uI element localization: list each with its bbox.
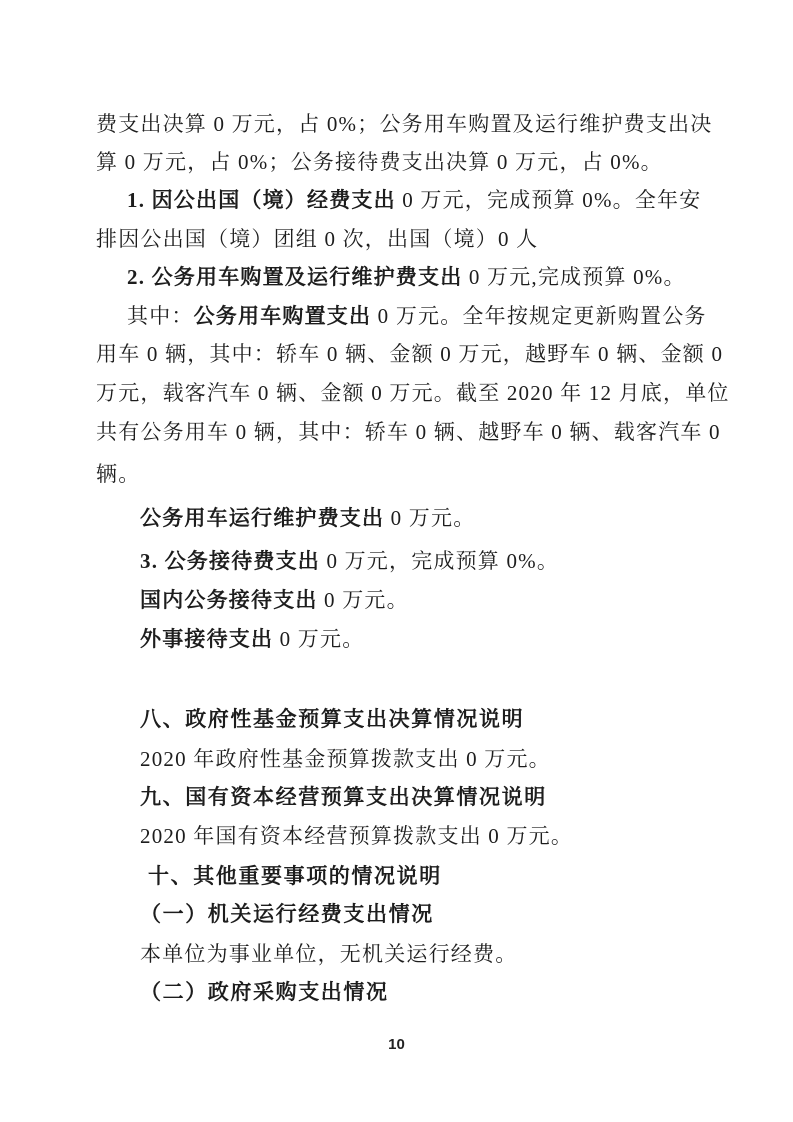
text-segment: （二）政府采购支出情况: [140, 981, 389, 1004]
text-line: 公务用车运行维护费支出 0 万元。: [140, 506, 475, 530]
text-line: 本单位为事业单位，无机关运行经费。: [140, 942, 517, 966]
text-line: 2020 年国有资本经营预算拨款支出 0 万元。: [140, 824, 573, 848]
text-segment: 国内公务接待支出: [140, 588, 318, 612]
text-segment: 九、国有资本经营预算支出决算情况说明: [140, 786, 547, 809]
text-segment: 其中：: [127, 304, 194, 328]
text-line: 2020 年政府性基金预算拨款支出 0 万元。: [140, 747, 551, 771]
text-line: 国内公务接待支出 0 万元。: [140, 588, 409, 612]
text-segment: 2. 公务用车购置及运行维护费支出: [127, 265, 462, 289]
text-segment: 辆。: [96, 462, 140, 486]
text-segment: 外事接待支出: [140, 627, 273, 651]
text-line: 3. 公务接待费支出 0 万元，完成预算 0%。: [140, 549, 559, 573]
text-segment: 0 万元。: [318, 588, 409, 612]
text-segment: 用车 0 辆，其中：轿车 0 辆、金额 0 万元，越野车 0 辆、金额 0: [96, 342, 723, 366]
text-segment: 0 万元。: [273, 627, 364, 651]
text-line: 其中：公务用车购置支出 0 万元。全年按规定更新购置公务: [127, 304, 707, 328]
text-segment: 本单位为事业单位，无机关运行经费。: [140, 942, 517, 966]
text-segment: （一）机关运行经费支出情况: [140, 903, 434, 926]
text-line: 排因公出国（境）团组 0 次，出国（境）0 人: [96, 227, 538, 251]
text-segment: 费支出决算 0 万元，占 0%；公务用车购置及运行维护费支出决: [96, 112, 712, 136]
text-line: 用车 0 辆，其中：轿车 0 辆、金额 0 万元，越野车 0 辆、金额 0: [96, 342, 723, 366]
text-segment: 排因公出国（境）团组 0 次，出国（境）0 人: [96, 227, 538, 251]
text-line: 2. 公务用车购置及运行维护费支出 0 万元,完成预算 0%。: [127, 265, 686, 289]
text-line: 十、其他重要事项的情况说明: [148, 865, 442, 889]
text-line: （一）机关运行经费支出情况: [140, 903, 434, 927]
text-segment: 八、政府性基金预算支出决算情况说明: [140, 708, 524, 731]
text-line: 费支出决算 0 万元，占 0%；公务用车购置及运行维护费支出决: [96, 112, 712, 136]
text-segment: 1. 因公出国（境）经费支出: [127, 188, 396, 212]
text-line: 八、政府性基金预算支出决算情况说明: [140, 708, 524, 732]
text-line: 万元，载客汽车 0 辆、金额 0 万元。截至 2020 年 12 月底，单位: [96, 381, 730, 405]
text-segment: 2020 年国有资本经营预算拨款支出 0 万元。: [140, 824, 573, 848]
text-segment: 0 万元，完成预算 0%。: [320, 549, 559, 573]
text-segment: 算 0 万元，占 0%；公务接待费支出决算 0 万元，占 0%。: [96, 150, 663, 174]
text-line: 九、国有资本经营预算支出决算情况说明: [140, 786, 547, 810]
text-line: 共有公务用车 0 辆，其中：轿车 0 辆、越野车 0 辆、载客汽车 0: [96, 420, 721, 444]
text-segment: 0 万元,完成预算 0%。: [462, 265, 685, 289]
text-line: 辆。: [96, 462, 140, 486]
text-segment: 十、其他重要事项的情况说明: [148, 865, 442, 888]
text-segment: 公务用车购置支出: [194, 304, 372, 328]
text-segment: 万元，载客汽车 0 辆、金额 0 万元。截至 2020 年 12 月底，单位: [96, 381, 730, 405]
document-page: 费支出决算 0 万元，占 0%；公务用车购置及运行维护费支出决算 0 万元，占 …: [0, 0, 793, 1122]
text-segment: 3. 公务接待费支出: [140, 549, 320, 573]
text-segment: 0 万元。全年按规定更新购置公务: [371, 304, 706, 328]
text-line: （二）政府采购支出情况: [140, 981, 389, 1005]
text-line: 1. 因公出国（境）经费支出 0 万元，完成预算 0%。全年安: [127, 188, 701, 212]
text-line: 外事接待支出 0 万元。: [140, 627, 364, 651]
text-segment: 0 万元。: [384, 506, 475, 530]
text-segment: 公务用车运行维护费支出: [140, 506, 384, 530]
text-line: 算 0 万元，占 0%；公务接待费支出决算 0 万元，占 0%。: [96, 150, 663, 174]
text-segment: 共有公务用车 0 辆，其中：轿车 0 辆、越野车 0 辆、载客汽车 0: [96, 420, 721, 444]
text-segment: 2020 年政府性基金预算拨款支出 0 万元。: [140, 747, 551, 771]
page-number: 10: [0, 1036, 793, 1053]
text-segment: 0 万元，完成预算 0%。全年安: [396, 188, 702, 212]
